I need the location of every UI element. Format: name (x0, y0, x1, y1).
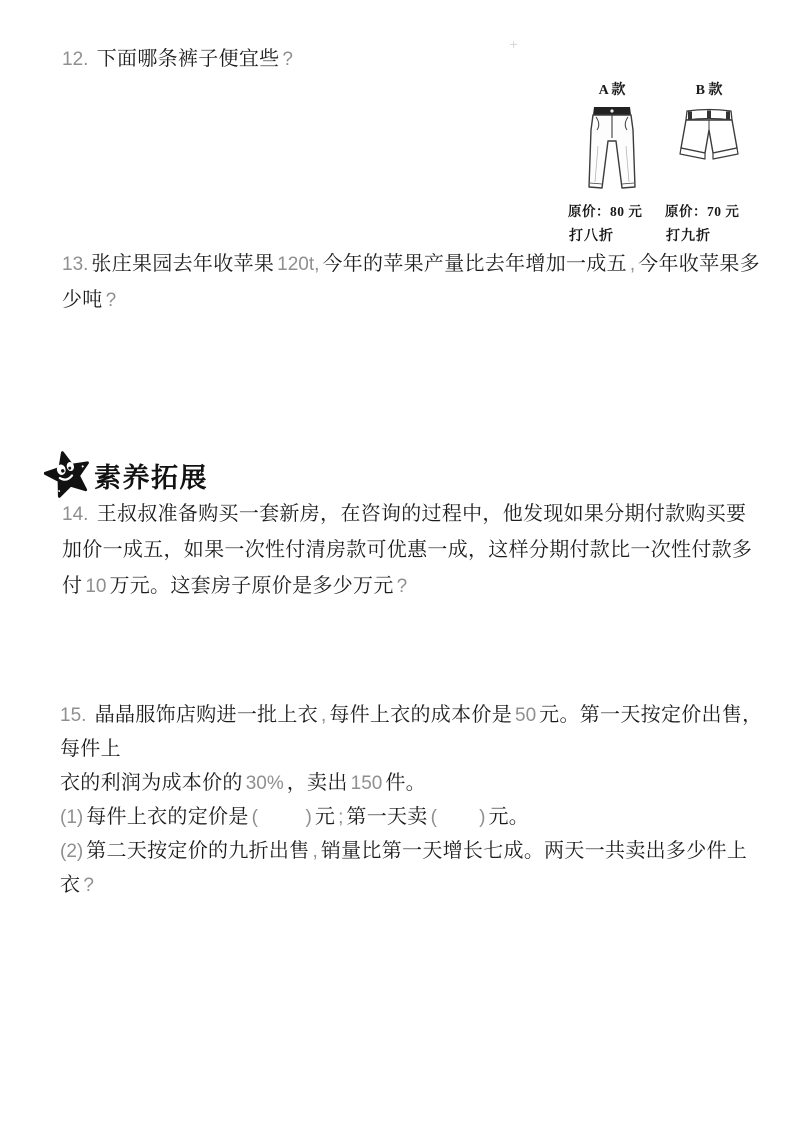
numeral-segment: 14. (62, 504, 88, 525)
pants-b-label: B 款 (663, 82, 755, 100)
text-segment: 少吨 (62, 289, 103, 311)
numeral-segment: 10 (85, 576, 106, 597)
numeral-segment: (1) (60, 807, 83, 828)
pants-a-price: 原价：80 元 (568, 200, 642, 220)
question-14: 14. 王叔叔准备购买一套新房，在咨询的过程中，他发现如果分期付款购买要加价一成… (62, 497, 752, 605)
numeral-segment: 50 (515, 705, 536, 726)
text-segment: 第一天卖 (346, 806, 427, 828)
numeral-segment: ? (106, 290, 117, 311)
question-13: 13.张庄果园去年收苹果120t,今年的苹果产量比去年增加一成五,今年收苹果多少… (62, 247, 760, 319)
text-segment: 每件上衣的成本价是 (329, 704, 512, 726)
text-segment: ，卖出 (287, 772, 348, 794)
text-line: 衣? (60, 869, 762, 903)
numeral-segment: 12. (62, 49, 88, 70)
text-segment: 下面哪条裤子便宜些 (91, 48, 279, 70)
numeral-segment: 150 (351, 773, 383, 794)
shorts-icon (679, 107, 739, 163)
numeral-segment: 13. (62, 254, 88, 275)
numeral-segment: (2) (60, 841, 83, 862)
numeral-segment: ; (338, 807, 343, 828)
pants-option-b: B 款 原价：70 元 打九折 (663, 82, 755, 250)
text-segment: 今年收苹果多 (638, 253, 760, 275)
text-segment: 今年的苹果产量比去年增加一成五 (322, 253, 627, 275)
text-segment: 付 (62, 575, 82, 597)
pants-a-label: A 款 (566, 82, 658, 100)
text-segment: 张庄果园去年收苹果 (91, 253, 274, 275)
numeral-segment: 30% (246, 773, 284, 794)
text-line: 加价一成五，如果一次性付清房款可优惠一成，这样分期付款比一次性付款多 (62, 533, 752, 569)
text-segment: 万元。这套房子原价是多少万元 (109, 575, 393, 597)
numeral-segment: 15. (60, 705, 86, 726)
trousers-icon (586, 104, 638, 194)
text-line: 15. 晶晶服饰店购进一批上衣,每件上衣的成本价是50元。第一天按定价出售， (60, 699, 762, 733)
text-line: 少吨? (62, 283, 760, 319)
text-line: 每件上 (60, 733, 762, 767)
text-line: 13.张庄果园去年收苹果120t,今年的苹果产量比去年增加一成五,今年收苹果多 (62, 247, 760, 283)
text-segment: 元。第一天按定价出售， (539, 704, 762, 726)
text-segment: 衣的利润为成本价的 (60, 772, 243, 794)
text-segment: 每件上衣的定价是 (86, 806, 248, 828)
pants-b-discount: 打九折 (666, 225, 711, 245)
text-segment: 第二天按定价的九折出售 (86, 840, 309, 862)
text-segment: 晶晶服饰店购进一批上衣 (89, 704, 318, 726)
text-segment: 元。 (489, 806, 530, 828)
pants-a-discount: 打八折 (569, 225, 614, 245)
numeral-segment: 120t, (277, 254, 319, 275)
text-line: 衣的利润为成本价的30%，卖出150件。 (60, 767, 762, 801)
text-segment: 衣 (60, 874, 80, 896)
pants-option-a: A 款 原价：80 元 打八折 (566, 82, 658, 250)
numeral-segment: ( ) (431, 807, 486, 828)
question-15: 15. 晶晶服饰店购进一批上衣,每件上衣的成本价是50元。第一天按定价出售，每件… (60, 699, 762, 903)
numeral-segment: , (630, 254, 635, 275)
text-segment: 元 (315, 806, 335, 828)
numeral-segment: , (321, 705, 326, 726)
pants-b-price: 原价：70 元 (665, 200, 739, 220)
text-line: 付10万元。这套房子原价是多少万元? (62, 569, 752, 605)
text-segment: 王叔叔准备购买一套新房，在咨询的过程中，他发现如果分期付款购买要 (91, 503, 746, 525)
numeral-segment: , (313, 841, 318, 862)
worksheet-page: 12. 下面哪条裤子便宜些? + A 款 原价：80 元 打八折 B 款 (0, 0, 793, 1122)
text-segment: 件。 (385, 772, 426, 794)
text-line: (1)每件上衣的定价是( )元;第一天卖( )元。 (60, 801, 762, 835)
text-line: 12. 下面哪条裤子便宜些? (62, 44, 296, 76)
numeral-segment: ( ) (252, 807, 312, 828)
text-line: (2)第二天按定价的九折出售,销量比第一天增长七成。两天一共卖出多少件上 (60, 835, 762, 869)
numeral-segment: ? (397, 576, 408, 597)
numeral-segment: ? (83, 875, 94, 896)
numeral-segment: ? (282, 49, 293, 70)
text-segment: 销量比第一天增长七成。两天一共卖出多少件上 (321, 840, 747, 862)
section-title: 素养拓展 (94, 456, 208, 495)
text-line: 14. 王叔叔准备购买一套新房，在咨询的过程中，他发现如果分期付款购买要 (62, 497, 752, 533)
text-segment: 每件上 (60, 738, 121, 760)
star-face-icon (44, 450, 92, 500)
pants-comparison-figure: A 款 原价：80 元 打八折 B 款 (566, 82, 766, 250)
question-12: 12. 下面哪条裤子便宜些? (62, 44, 296, 76)
section-header: 素养拓展 (44, 450, 208, 500)
scan-artifact: + (509, 38, 518, 51)
text-segment: 加价一成五，如果一次性付清房款可优惠一成，这样分期付款比一次性付款多 (62, 539, 752, 561)
